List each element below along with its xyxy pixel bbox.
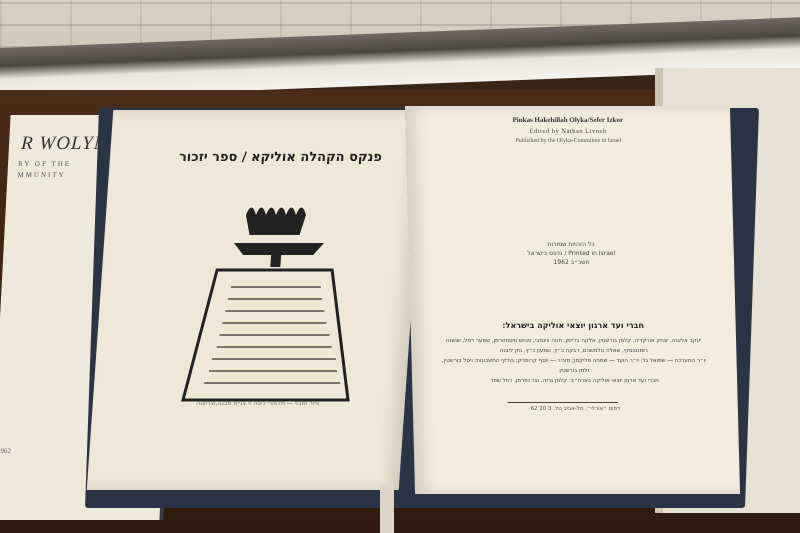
printing-info: כל הזכויות שמורות Printed in Israel / נד… xyxy=(408,240,734,267)
printer-line: דפוס ״אורלי״, תל-אביב טל. 3 20 62 xyxy=(413,406,738,412)
hebrew-title: פנקס הקהלה אוליקא / ספר יזכור xyxy=(178,150,382,165)
left-book-year: 1962 xyxy=(0,447,11,455)
committee-names: יעקב אליגנה, יצחק אורקדיה, קלמן בורשטין,… xyxy=(441,336,707,386)
bookmark-ribbon xyxy=(380,485,394,533)
english-title: Pinkas Hakehillah Olyka/Sefer Izkor xyxy=(405,116,730,124)
left-page: פנקס הקהלה אוליקא / ספר יזכור ציור ומבזי… xyxy=(87,110,426,490)
right-page: Pinkas Hakehillah Olyka/Sefer Izkor Edit… xyxy=(405,106,740,494)
publisher-line: Published by the Olyka-Committee in Isra… xyxy=(406,138,731,144)
divider xyxy=(508,402,618,403)
memorial-monument-with-flame-icon xyxy=(163,195,378,405)
committee-heading: חברי ועד ארגון יוצאי אוליקה בישראל: xyxy=(411,321,736,330)
left-book-subtitle: RY OF THE MMUNITY xyxy=(17,159,71,181)
illustration-caption: ציור ומבזי — מלפורי כיסה זי צניים מבנה,ו… xyxy=(143,400,373,407)
editor-line: Edited by Nathan Livneh xyxy=(405,128,730,135)
